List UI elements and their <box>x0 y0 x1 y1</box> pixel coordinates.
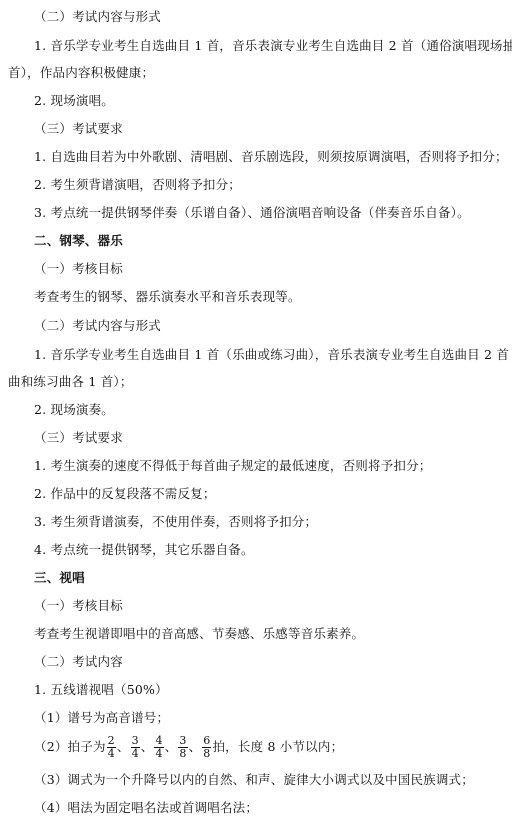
subheading-exam-content-form: （二）考试内容与形式 <box>34 318 161 334</box>
list-item: 1. 音乐学专业考生自选曲目 1 首，音乐表演专业考生自选曲目 2 首（通俗演唱… <box>34 38 512 54</box>
time-signature-fraction: 68 <box>202 735 211 760</box>
sub-list-item: （4）唱法为固定唱名法或首调唱名法； <box>34 800 258 816</box>
list-item-continuation: 首），作品内容积极健康； <box>8 65 154 81</box>
list-item-continuation: 曲和练习曲各 1 首）； <box>8 374 133 390</box>
list-item: 4. 考点统一提供钢琴，其它乐器自备。 <box>34 542 254 558</box>
subheading-exam-requirements: （三）考试要求 <box>34 430 123 446</box>
sub-list-item-meters: （2）拍子为24、34、44、38、68拍，长度 8 小节以内； <box>34 735 343 760</box>
list-item: 2. 现场演唱。 <box>34 93 114 109</box>
sub-list-item: （1）谱号为高音谱号； <box>34 710 169 726</box>
meter-prefix: （2）拍子为 <box>34 739 106 754</box>
time-signature-fraction: 44 <box>154 735 163 760</box>
time-signature-fraction: 24 <box>107 735 116 760</box>
list-item: 2. 作品中的反复段落不需反复； <box>34 486 216 502</box>
body-paragraph: 考查考生的钢琴、器乐演奏水平和音乐表现等。 <box>34 289 301 305</box>
time-signature-fraction: 34 <box>131 735 140 760</box>
subheading-exam-requirements: （三）考试要求 <box>34 121 123 137</box>
list-item: 1. 五线谱视唱（50%） <box>34 682 168 698</box>
section-heading-piano-instrument: 二、钢琴、器乐 <box>34 233 123 249</box>
subheading-exam-content-form: （二）考试内容与形式 <box>34 9 161 25</box>
list-item: 1. 音乐学专业考生自选曲目 1 首（乐曲或练习曲），音乐表演专业考生自选曲目 … <box>34 347 512 363</box>
subheading-exam-content: （二）考试内容 <box>34 654 123 670</box>
list-item: 2. 考生须背谱演唱，否则将予扣分； <box>34 177 241 193</box>
list-item: 1. 考生演奏的速度不得低于每首曲子规定的最低速度，否则将予扣分； <box>34 458 432 474</box>
meter-suffix: 拍，长度 8 小节以内； <box>212 739 343 754</box>
sub-list-item: （3）调式为一个升降号以内的自然、和声、旋律大小调式以及中国民族调式； <box>34 772 474 788</box>
list-item: 3. 考生须背谱演奏，不使用伴奏，否则将予扣分； <box>34 514 317 530</box>
subheading-assessment-goal: （一）考核目标 <box>34 598 123 614</box>
list-item: 1. 自选曲目若为中外歌剧、清唱剧、音乐剧选段，则须按原调演唱，否则将予扣分； <box>34 149 508 165</box>
list-item: 2. 现场演奏。 <box>34 402 114 418</box>
body-paragraph: 考查考生视谱即唱中的音高感、节奏感、乐感等音乐素养。 <box>34 626 364 642</box>
time-signature-fraction: 38 <box>178 735 187 760</box>
subheading-assessment-goal: （一）考核目标 <box>34 261 123 277</box>
section-heading-sight-singing: 三、视唱 <box>34 570 85 586</box>
list-item: 3. 考点统一提供钢琴伴奏（乐谱自备）、通俗演唱音响设备（伴奏音乐自备）。 <box>34 205 470 221</box>
